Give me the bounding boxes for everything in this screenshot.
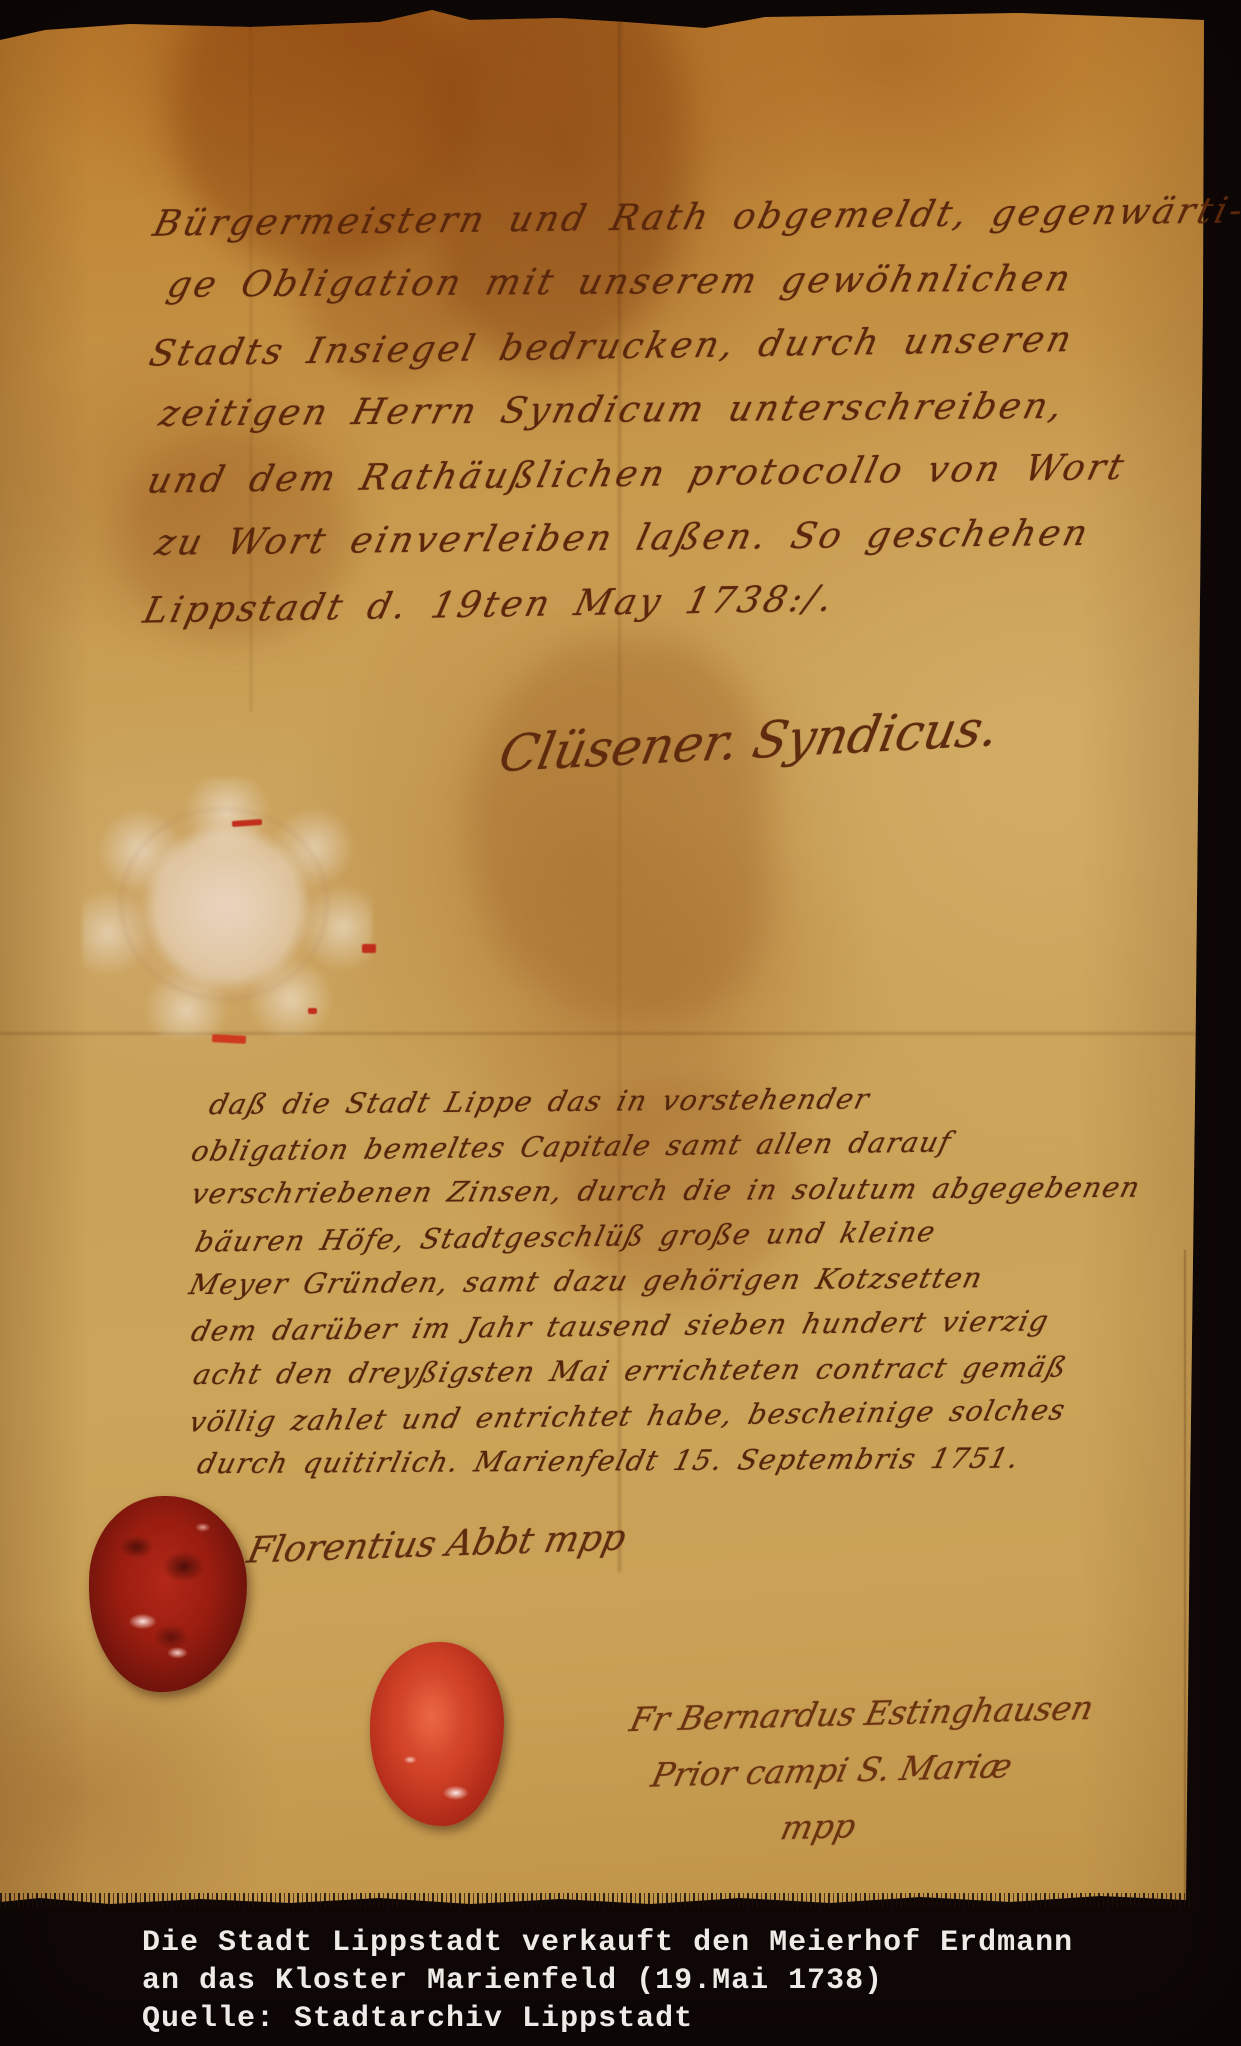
prior-signature-block: Fr Bernardus Estinghausen Prior campi S.…: [630, 1680, 1097, 1860]
manuscript-text: obligation bemeltes Capitale samt allen …: [187, 1119, 957, 1173]
manuscript-text: Stadts Insiegel bedrucken, durch unseren: [143, 308, 1081, 387]
manuscript-text: Lippstadt d. 19ten May 1738:/.: [137, 567, 842, 643]
signature-line: mpp: [781, 1792, 1097, 1856]
manuscript-text: ge Obligation mit unserem gewöhnlichen: [160, 247, 1080, 317]
wax-speck: [362, 944, 376, 953]
caption-line: Die Stadt Lippstadt verkauft den Meierho…: [0, 1924, 1241, 1962]
prior-wax-seal: [370, 1642, 504, 1826]
wax-speck: [308, 1008, 317, 1014]
paper-stain: [470, 640, 770, 1020]
manuscript-line: durch quitirlich. Marienfeldt 15. Septem…: [198, 1435, 1141, 1487]
frayed-bottom-edge: [0, 1893, 1190, 1907]
signature-text: Prior campi S. Mariæ: [646, 1738, 1018, 1804]
caption-line: Quelle: Stadtarchiv Lippstadt: [0, 2000, 1241, 2038]
wax-speck: [212, 1034, 246, 1044]
manuscript-text: Bürgermeistern und Rath obgemeldt, gegen…: [146, 179, 1241, 257]
caption-line: an das Kloster Marienfeld (19.Mai 1738): [0, 1962, 1241, 2000]
manuscript-text: zeitigen Herrn Syndicum unterschreiben,: [152, 375, 1072, 447]
paper-right-edge-fold: [1184, 1250, 1186, 1900]
signature-text: mpp: [775, 1798, 861, 1856]
manuscript-text: daß die Stadt Lippe das in vorstehender: [205, 1076, 875, 1127]
archival-photo: Bürgermeistern und Rath obgemeldt, gegen…: [0, 0, 1241, 2046]
manuscript-block-lower: daß die Stadt Lippe das in vorstehender …: [192, 1078, 1140, 1483]
manuscript-line: Bürgermeistern und Rath obgemeldt, gegen…: [154, 179, 1241, 256]
manuscript-text: Meyer Gründen, samt dazu gehörigen Kotzs…: [185, 1255, 989, 1307]
caption-bar: Die Stadt Lippstadt verkauft den Meierho…: [0, 1906, 1241, 2046]
seal-impression-ring: [120, 808, 328, 1000]
manuscript-block-upper: Bürgermeistern und Rath obgemeldt, gegen…: [148, 186, 1241, 634]
manuscript-text: durch quitirlich. Marienfeldt 15. Septem…: [193, 1436, 1025, 1487]
papered-wax-seal: [82, 778, 372, 1036]
